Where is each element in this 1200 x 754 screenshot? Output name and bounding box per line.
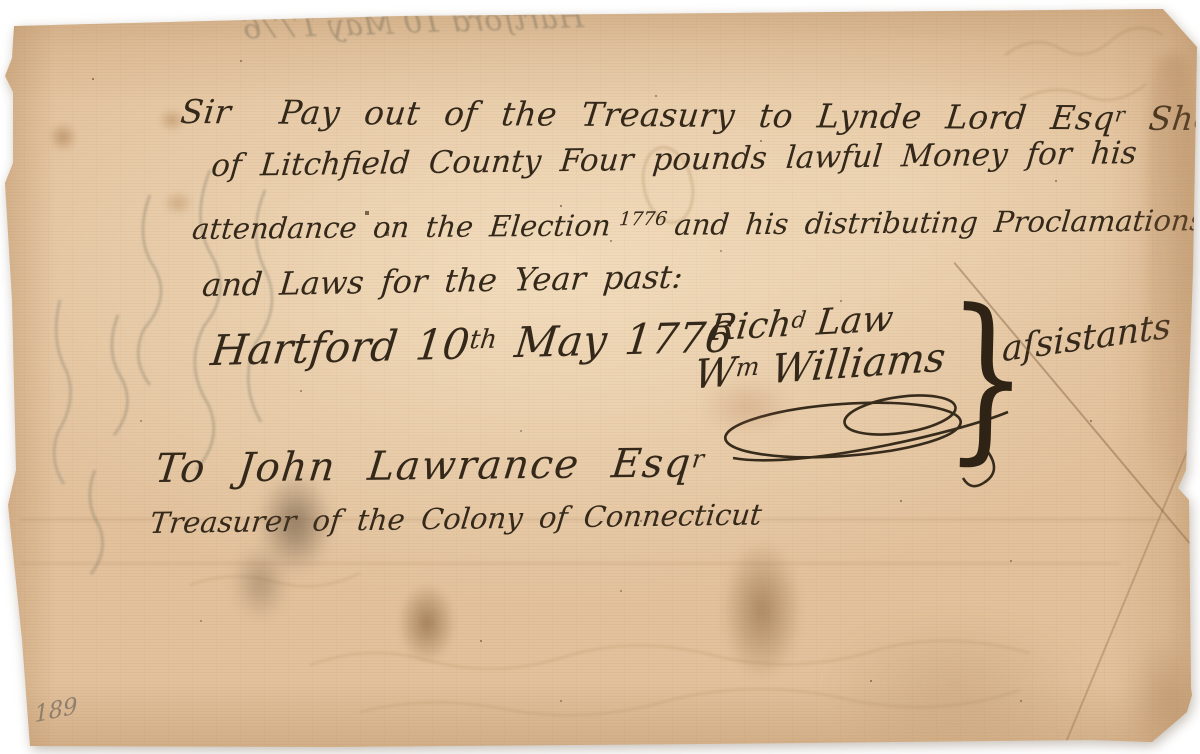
body-line-1-post: Sheriff — [1123, 99, 1200, 139]
signature-william-williams-pre: W — [692, 349, 738, 398]
dateline-pre: Hartford 10 — [208, 319, 472, 375]
signature-richard-law-pre: Rich — [707, 304, 794, 350]
crease-line-2 — [1061, 429, 1197, 754]
foxing-speckles — [0, 0, 2, 2]
paper-shadow-wrap: Hartford 10 May 1776 — [0, 0, 1200, 754]
dateline-superscript: th — [468, 325, 499, 356]
address-line-1: To John Lawrance Esqr — [153, 440, 708, 492]
inserted-year-superscript: 1776 — [618, 209, 668, 230]
address-line-2: Treasurer of the Colony of Connecticut — [148, 497, 763, 540]
stain-wash-bottom — [820, 615, 1090, 754]
stain-blot-right — [722, 540, 802, 680]
stain-blot-center — [398, 583, 456, 663]
fold-band-2 — [20, 562, 1120, 565]
foxing-spot-1 — [48, 122, 78, 152]
manuscript-paper: Hartford 10 May 1776 — [0, 0, 1200, 754]
address-line-1-pre: To John Lawrance Esq — [153, 440, 694, 492]
body-line-3: attendance on the Election1776and his di… — [191, 203, 1200, 246]
body-line-1-pre: Sir Pay out of the Treasury to Lynde Lor… — [179, 92, 1117, 137]
signature-william-williams-superscript: m — [735, 351, 762, 382]
verso-dateline-bleedthrough: Hartford 10 May 1776 — [178, 0, 649, 49]
stain-corner-bottom-right — [1128, 635, 1200, 754]
signature-richard-law-post: Law — [803, 298, 896, 344]
body-line-4: and Laws for the Year past: — [201, 258, 685, 304]
foxing-spot-3 — [162, 190, 194, 216]
body-line-3-pre: attendance on the Election — [191, 208, 613, 246]
pencil-catalog-number: 189 — [34, 693, 78, 729]
scan-canvas: Hartford 10 May 1776 — [0, 0, 1200, 754]
stain-smudge-tail — [233, 545, 288, 620]
body-line-1: Sir Pay out of the Treasury to Lynde Lor… — [179, 92, 1200, 139]
signature-brace: } — [944, 288, 1031, 467]
body-line-3-post: and his distributing Proclamations — [673, 203, 1200, 242]
address-line-1-superscript: r — [691, 444, 708, 473]
body-line-2: of Litchfield County Four pounds lawful … — [210, 135, 1139, 184]
dateline: Hartford 10th May 1776 — [208, 312, 734, 375]
